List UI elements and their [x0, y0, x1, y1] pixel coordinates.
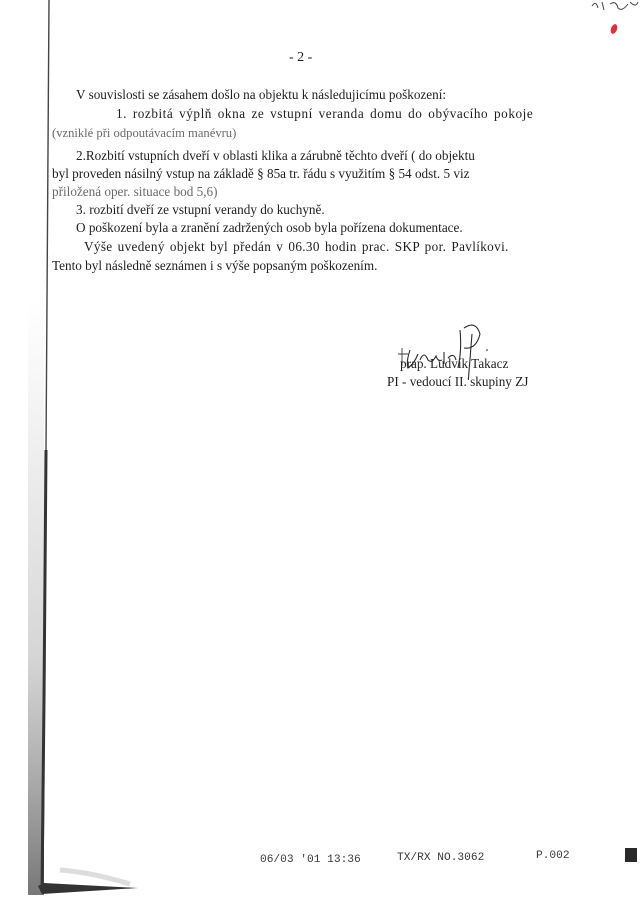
page-number: - 2 -: [289, 50, 312, 66]
fax-page-number: P.002: [536, 848, 570, 864]
body-line-acknowledged: Tento byl následně seznámen i s výše pop…: [52, 258, 377, 274]
body-line-documentation: O poškození byla a zranění zadržených os…: [76, 220, 463, 236]
scanned-document-page: - 2 - V souvislosti se zásahem došlo na …: [0, 0, 640, 913]
body-line-item-3: 3. rozbití dveří ze vstupní verandy do k…: [76, 202, 325, 218]
body-line-item-2-cont-a: byl proveden násilný vstup na základě § …: [52, 166, 470, 182]
fax-mark-square: [625, 848, 637, 862]
top-right-handwriting: [588, 0, 640, 12]
body-line-item-1-cont: (vzniklé při odpoutávacím manévru): [52, 125, 236, 141]
signatory-title: PI - vedoucí II. skupiny ZJ: [387, 374, 528, 390]
body-line-handover: Výše uvedený objekt byl předán v 06.30 h…: [84, 239, 509, 255]
body-line-item-2-cont-b: přiložená oper. situace bod 5,6): [52, 184, 218, 200]
body-line-intro: V souvislosti se zásahem došlo na objekt…: [76, 87, 446, 103]
fax-date-time: 06/03 '01 13:36: [260, 852, 361, 868]
signatory-name: prap. Ludvík Takacz: [400, 356, 508, 372]
red-mark: [609, 23, 618, 34]
body-line-item-2: 2.Rozbití vstupních dveří v oblasti klik…: [76, 148, 475, 164]
fax-txrx-number: TX/RX NO.3062: [397, 850, 484, 866]
body-line-item-1: 1. rozbitá výplň okna ze vstupní veranda…: [116, 106, 533, 122]
